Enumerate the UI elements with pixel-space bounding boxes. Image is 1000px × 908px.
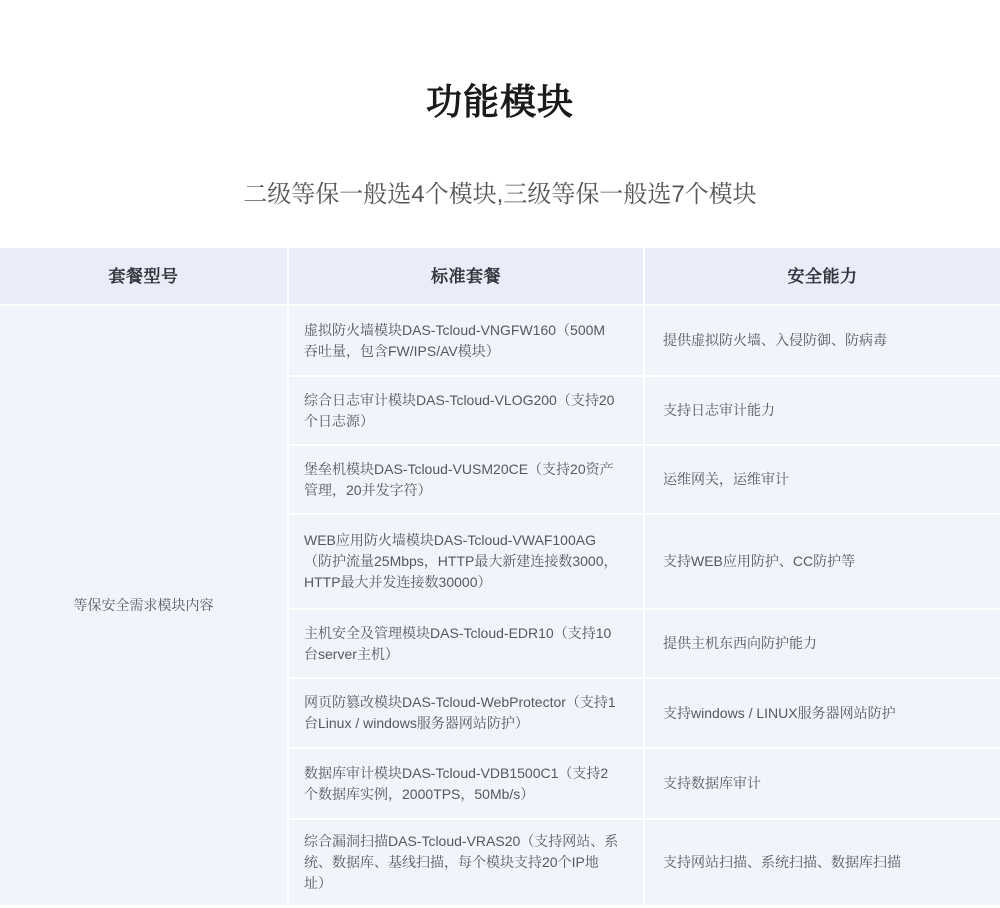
capability-cell-edr10: 提供主机东西向防护能力 [645, 610, 1000, 677]
header-security-capability: 安全能力 [645, 248, 1000, 304]
page-title: 功能模块 [0, 82, 1000, 122]
capability-cell-vdb1500c1: 支持数据库审计 [645, 749, 1000, 818]
module-cell-edr10: 主机安全及管理模块DAS-Tcloud-EDR10（支持10台server主机） [289, 610, 643, 677]
page: 功能模块 二级等保一般选4个模块,三级等保一般选7个模块 套餐型号 标准套餐 安… [0, 0, 1000, 908]
module-cell-webprotector: 网页防篡改模块DAS-Tcloud-WebProtector（支持1台Linux… [289, 679, 643, 747]
package-model-cell: 等保安全需求模块内容 [0, 306, 287, 905]
module-cell-vdb1500c1: 数据库审计模块DAS-Tcloud-VDB1500C1（支持2个数据库实例，20… [289, 749, 643, 818]
module-cell-vlog200: 综合日志审计模块DAS-Tcloud-VLOG200（支持20个日志源） [289, 377, 643, 444]
page-subtitle: 二级等保一般选4个模块,三级等保一般选7个模块 [0, 180, 1000, 210]
module-cell-vwaf100ag: WEB应用防火墙模块DAS-Tcloud-VWAF100AG（防护流量25Mbp… [289, 515, 643, 608]
module-cell-vras20: 综合漏洞扫描DAS-Tcloud-VRAS20（支持网站、系统、数据库、基线扫描… [289, 820, 643, 905]
capability-cell-vras20: 支持网站扫描、系统扫描、数据库扫描 [645, 820, 1000, 905]
capability-cell-vngfw160: 提供虚拟防火墙、入侵防御、防病毒 [645, 306, 1000, 375]
header-package-model: 套餐型号 [0, 248, 287, 304]
capability-cell-vusm20ce: 运维网关，运维审计 [645, 446, 1000, 513]
capability-cell-webprotector: 支持windows / LINUX服务器网站防护 [645, 679, 1000, 747]
module-table: 套餐型号 标准套餐 安全能力 等保安全需求模块内容 虚拟防火墙模块DAS-Tcl… [0, 248, 1000, 905]
module-cell-vusm20ce: 堡垒机模块DAS-Tcloud-VUSM20CE（支持20资产管理，20并发字符… [289, 446, 643, 513]
module-cell-vngfw160: 虚拟防火墙模块DAS-Tcloud-VNGFW160（500M吞吐量，包含FW/… [289, 306, 643, 375]
capability-cell-vwaf100ag: 支持WEB应用防护、CC防护等 [645, 515, 1000, 608]
capability-cell-vlog200: 支持日志审计能力 [645, 377, 1000, 444]
header-standard-package: 标准套餐 [289, 248, 643, 304]
